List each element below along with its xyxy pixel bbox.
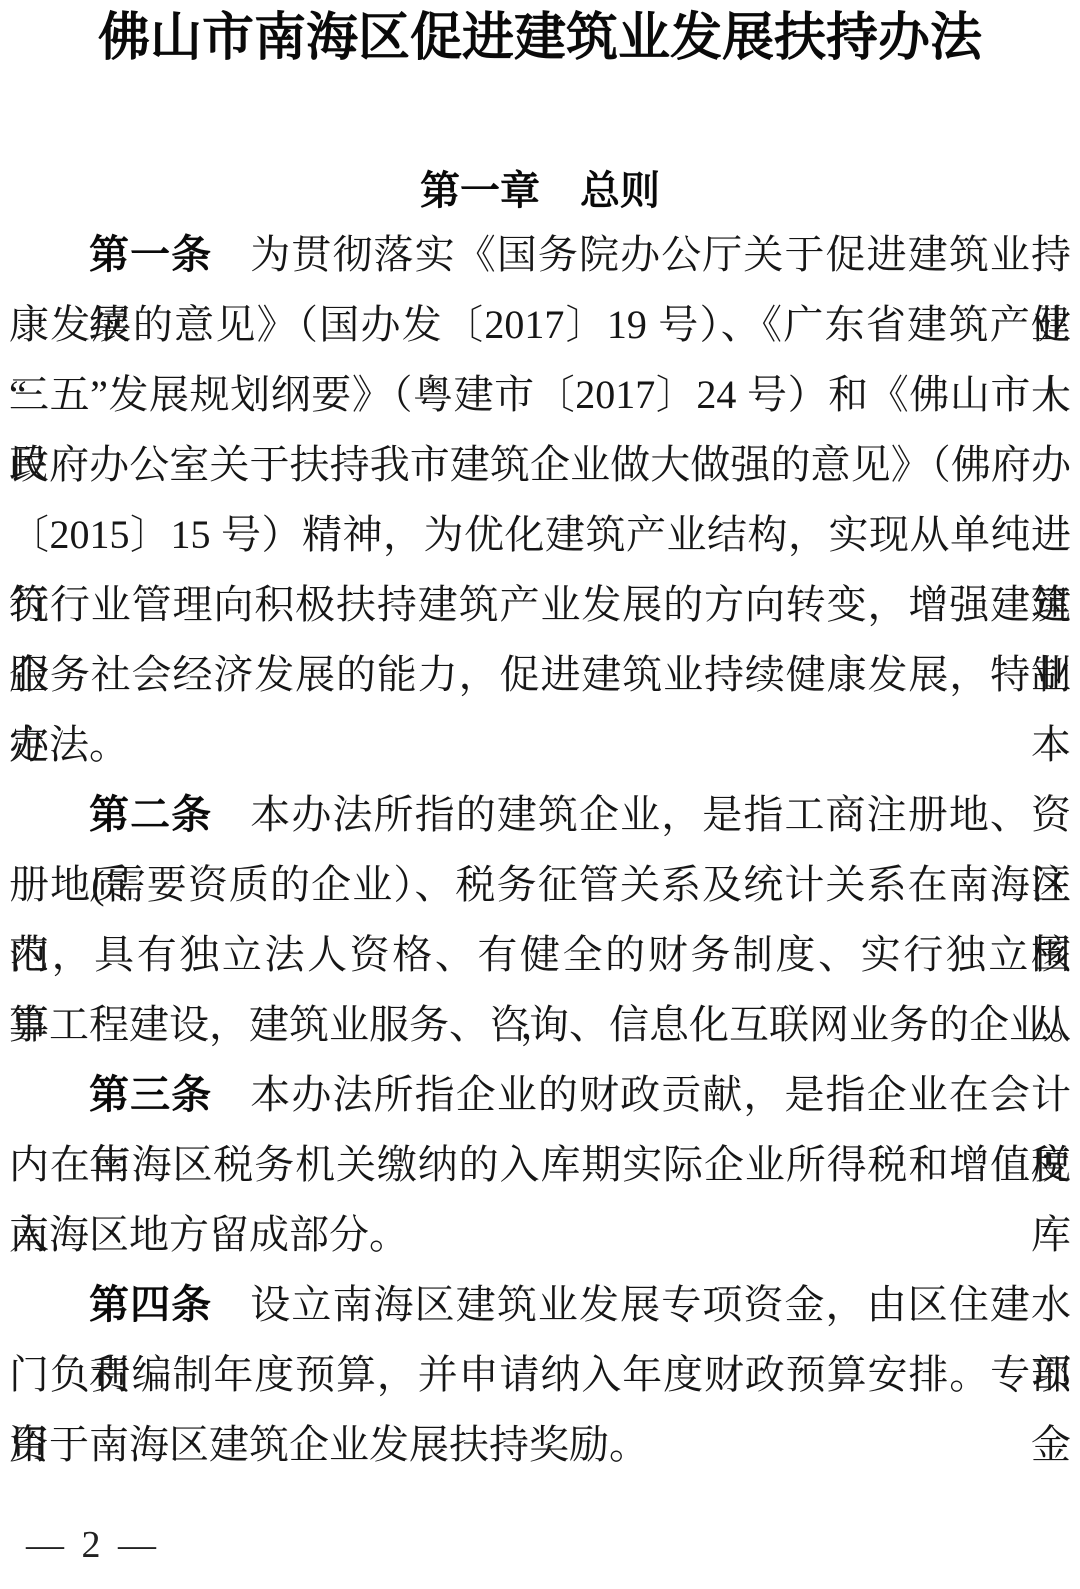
text-line: 事工程建设，建筑业服务、咨询、信息化互联网业务的企业。 [9,990,1071,1060]
document-title: 佛山市南海区促进建筑业发展扶持办法 [0,0,1080,76]
text-line: 第一条为贯彻落实《国务院办公厅关于促进建筑业持续健 [9,220,1071,290]
text-line: 册地(需要资质的企业）、税务征管关系及统计关系在南海区范围 [9,850,1071,920]
chapter-heading: 第一章 总则 [0,162,1080,220]
article-label: 第一条 [89,233,212,277]
text-line: 第二条本办法所指的建筑企业，是指工商注册地、资质注 [9,780,1071,850]
text-line: 内在南海区税务机关缴纳的入库期实际企业所得税和增值税入库 [9,1130,1071,1200]
article-label: 第二条 [89,793,212,837]
text-line: 〔2015〕15 号）精神，为优化建筑产业结构，实现从单纯进行建 [9,500,1071,570]
document-page: 佛山市南海区促进建筑业发展扶持办法 第一章 总则 第一条为贯彻落实《国务院办公厅… [0,0,1080,1589]
article-label: 第四条 [89,1283,212,1327]
text-line: 三五”发展规划纲要》（粤建市〔2017〕24 号）和《佛山市人民 [9,360,1071,430]
text-line: 康发展的意见》（国办发〔2017〕19 号）、《广东省建筑产业“十 [9,290,1071,360]
text-line: 门负责编制年度预算，并申请纳入年度财政预算安排。专项资金 [9,1340,1071,1410]
article-label: 第三条 [89,1073,212,1117]
text-line: 服务社会经济发展的能力，促进建筑业持续健康发展，特制定本 [9,640,1071,710]
document-body: 第一条为贯彻落实《国务院办公厅关于促进建筑业持续健 康发展的意见》（国办发〔20… [0,220,1080,1480]
text-line: 第三条本办法所指企业的财政贡献，是指企业在会计年度 [9,1060,1071,1130]
text-line: 内，具有独立法人资格、有健全的财务制度、实行独立核算，从 [9,920,1071,990]
text-line: 第四条设立南海区建筑业发展专项资金，由区住建水利部 [9,1270,1071,1340]
text-line: 政府办公室关于扶持我市建筑企业做大做强的意见》（佛府办 [9,430,1071,500]
text-line: 筑行业管理向积极扶持建筑产业发展的方向转变，增强建筑企业 [9,570,1071,640]
page-number: — 2 — [0,1520,1080,1570]
